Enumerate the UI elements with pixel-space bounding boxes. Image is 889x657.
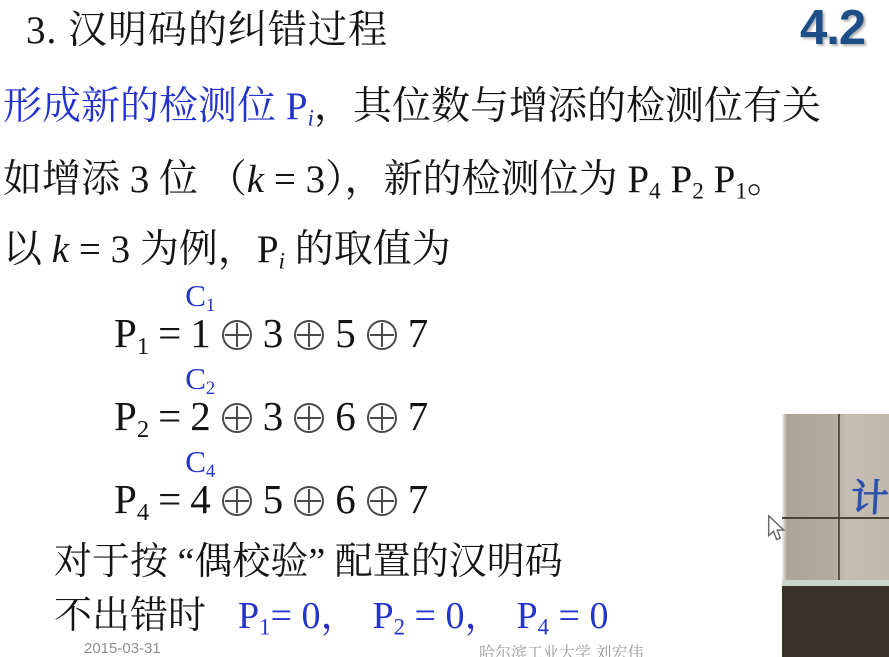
subscript-1: 1 [735, 179, 747, 205]
section-number-badge: 4.2 [800, 0, 865, 56]
operand: 3 [263, 310, 284, 356]
formula-p1: P1=C11357 [114, 311, 428, 360]
p-symbol: P [114, 310, 137, 356]
xor-icon [222, 486, 252, 516]
result-p2: P2 = 0， [373, 595, 503, 637]
operand: 4 [190, 476, 211, 522]
first-operand-group: C22 [190, 394, 211, 439]
operand: 3 [263, 393, 284, 439]
mouse-cursor-icon [767, 515, 786, 547]
p-symbol: P [114, 393, 137, 439]
slide-credit: 哈尔滨工业大学 刘宏伟 [479, 644, 643, 657]
result-label: 不出错时 [54, 595, 206, 637]
xor-icon [222, 320, 252, 350]
operand: 7 [408, 393, 429, 439]
p-subscript: 2 [137, 416, 149, 443]
operand: 7 [408, 310, 429, 356]
example-line: 以 k = 3 为例，Pi 的取值为 [3, 227, 451, 276]
p-subscript: 4 [137, 499, 149, 526]
equals-sign: = [158, 476, 181, 522]
xor-icon [367, 486, 397, 516]
even-parity-line: 对于按 “偶校验” 配置的汉明码 [54, 540, 563, 586]
var-k: k [52, 228, 69, 271]
result-p1: P1= 0， [238, 595, 358, 637]
result-p4: P4 = 0 [516, 595, 608, 637]
operand: 5 [263, 476, 284, 522]
formula-p4: P4=C44567 [114, 477, 428, 526]
xor-icon [294, 486, 324, 516]
first-operand-group: C44 [190, 477, 211, 522]
equals-sign: = [158, 310, 181, 356]
xor-icon [294, 403, 324, 433]
var-k: k [247, 158, 264, 201]
operand: 2 [190, 393, 211, 439]
subscript-4: 4 [649, 179, 661, 205]
xor-icon [222, 403, 252, 433]
wall-banner-text: 计算 [850, 467, 889, 522]
xor-icon [367, 320, 397, 350]
intro-highlight: 形成新的检测位 Pi [3, 85, 314, 128]
operand: 6 [335, 476, 356, 522]
operand: 7 [408, 476, 429, 522]
desk-dark-area [782, 586, 889, 657]
equals-sign: = [158, 393, 181, 439]
xor-icon [294, 320, 324, 350]
intro-rest: ，其位数与增添的检测位有关 [314, 85, 821, 128]
no-error-result-line: 不出错时P1= 0，P2 = 0，P4 = 0 [54, 594, 608, 641]
operand: 5 [335, 310, 356, 356]
c-label: C2 [185, 363, 215, 399]
p-subscript: 1 [137, 333, 149, 360]
intro-line: 形成新的检测位 Pi，其位数与增添的检测位有关 [3, 84, 821, 133]
c-label: C4 [185, 446, 215, 482]
p-symbol: P [114, 476, 137, 522]
c-label: C1 [185, 280, 215, 316]
subscript-2: 2 [692, 179, 704, 205]
wall-vertical-seam [838, 414, 840, 580]
first-operand-group: C11 [190, 311, 211, 356]
lecture-video-overlay: 计算 [782, 414, 889, 657]
lecture-slide: 3. 汉明码的纠错过程 4.2 形成新的检测位 Pi，其位数与增添的检测位有关 … [0, 0, 889, 657]
operand: 6 [335, 393, 356, 439]
add-bits-line: 如增添 3 位 （k = 3），新的检测位为 P4 P2 P1。 [3, 157, 786, 206]
formula-p2: P2=C22367 [114, 394, 428, 443]
operand: 1 [190, 310, 211, 356]
xor-icon [367, 403, 397, 433]
slide-date: 2015-03-31 [84, 640, 161, 657]
slide-title: 3. 汉明码的纠错过程 [26, 8, 388, 55]
